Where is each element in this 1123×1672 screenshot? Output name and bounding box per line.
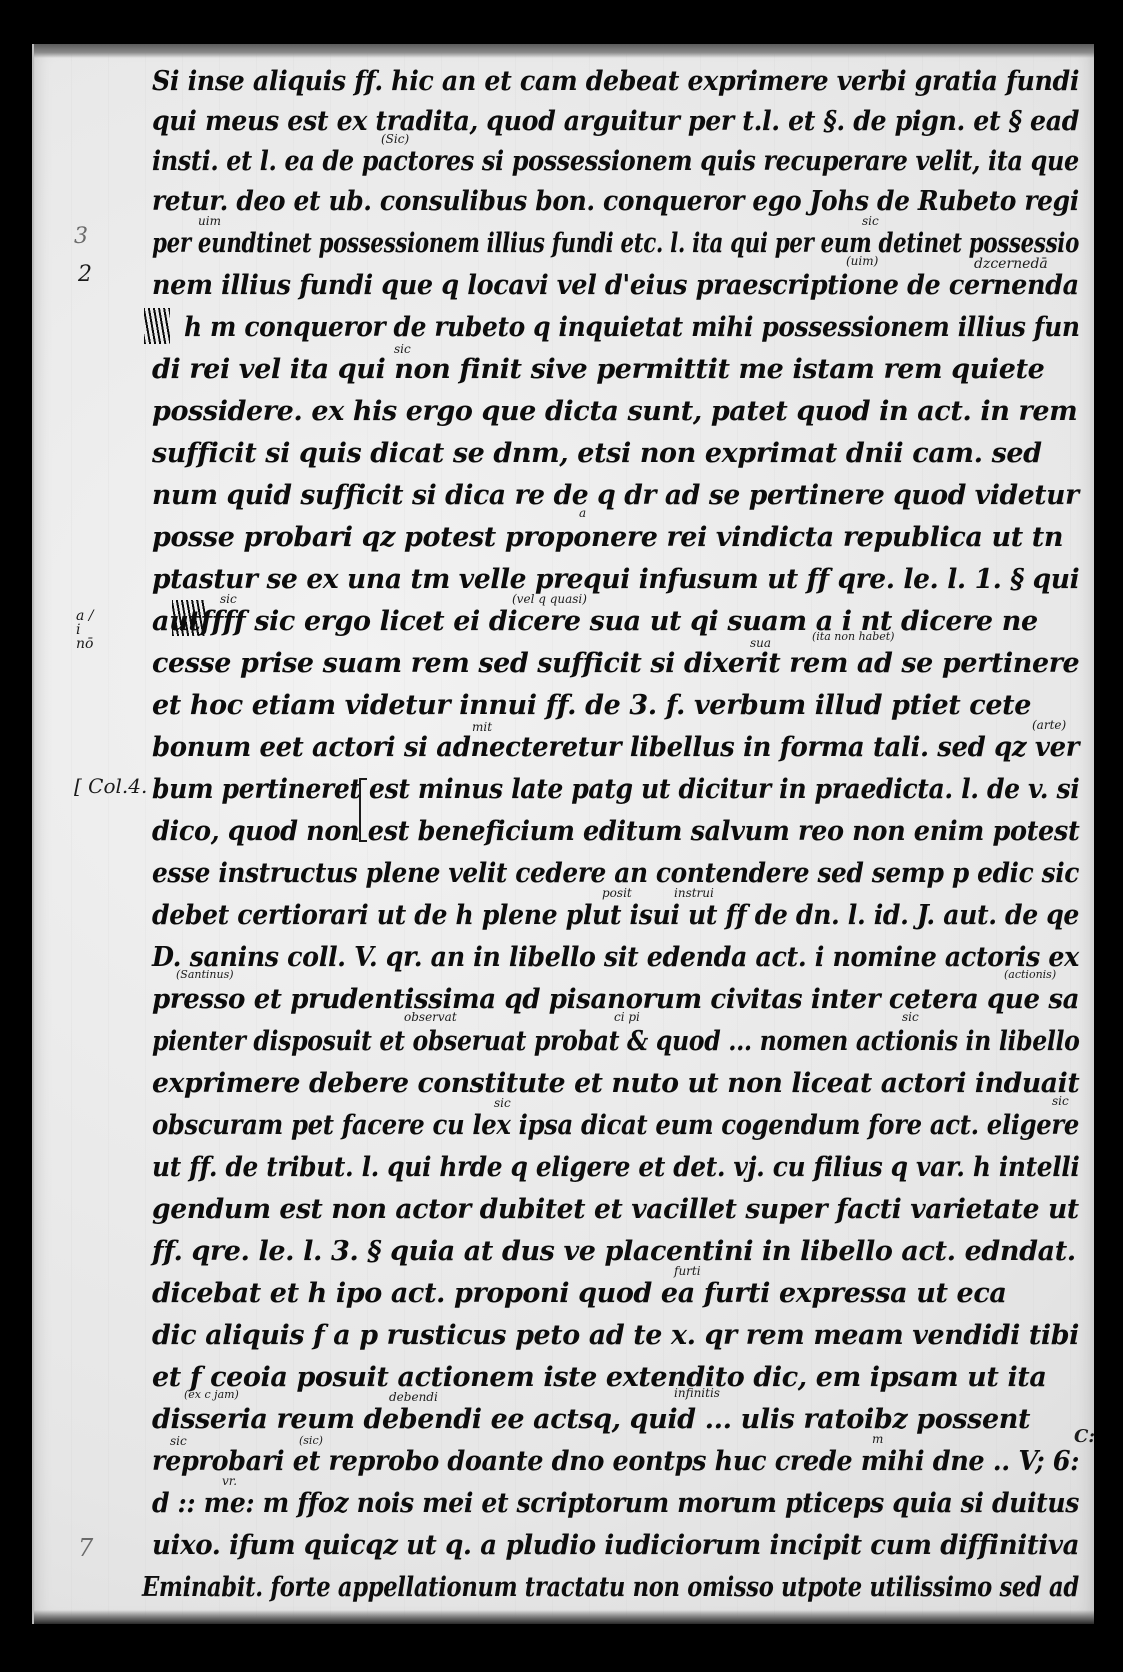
interlinear-note: (ita non habet) — [812, 630, 894, 643]
interlinear-note: a — [579, 506, 586, 520]
manuscript-line: dic aliquis f a p rusticus peto ad te x.… — [152, 1320, 1079, 1351]
margin-note: 7 — [78, 1534, 93, 1562]
manuscript-line: reprobari et reprobo doante dno eontps h… — [152, 1446, 1079, 1477]
manuscript-line: et f ceoia posuit actionem iste extendit… — [152, 1362, 1046, 1393]
manuscript-line: h m conqueror de rubeto q inquietat mihi… — [184, 312, 1080, 343]
interlinear-note: sua — [750, 636, 771, 650]
interlinear-note: (sic) — [299, 1434, 323, 1447]
manuscript-line: Si inse aliquis ff. hic an et cam debeat… — [152, 66, 1079, 97]
manuscript-line: et hoc etiam videtur innui ff. de 3. f. … — [152, 690, 1031, 721]
manuscript-line: retur. deo et ub. consulibus bon. conque… — [152, 186, 1079, 217]
manuscript-line: nem illius fundi que q locavi vel d'eius… — [152, 270, 1079, 301]
torn-bottom-edge — [34, 1610, 1094, 1624]
struck-out-scribble — [144, 308, 170, 344]
text-bracket — [359, 778, 367, 842]
interlinear-note: sic — [170, 1434, 187, 1448]
interlinear-note: mit — [472, 720, 492, 734]
interlinear-note: sic — [394, 342, 411, 356]
manuscript-line: exprimere debere constitute et nuto ut n… — [152, 1068, 1079, 1099]
manuscript-line: D. sanins coll. V. qr. an in libello sit… — [152, 942, 1079, 973]
manuscript-page: Si inse aliquis ff. hic an et cam debeat… — [32, 44, 1094, 1624]
interlinear-note: (actionis) — [1004, 968, 1056, 981]
manuscript-line: insti. et l. ea de pactores si possessio… — [152, 146, 1079, 177]
interlinear-note: (uim) — [846, 254, 878, 268]
manuscript-line: qui meus est ex tradita, quod arguitur p… — [152, 106, 1079, 137]
manuscript-line: posse probari qz potest proponere rei vi… — [152, 522, 1063, 553]
interlinear-note: ci pi — [614, 1010, 640, 1024]
interlinear-note: (Sic) — [381, 132, 409, 146]
manuscript-line: di rei vel ita qui non finit sive permit… — [152, 354, 1044, 385]
manuscript-line: dicebat et h ipo act. proponi quod ea fu… — [152, 1278, 1006, 1309]
interlinear-note: observat — [404, 1010, 457, 1024]
manuscript-line: num quid sufficit si dica re de q dr ad … — [152, 480, 1079, 511]
interlinear-note: debendi — [389, 1390, 438, 1404]
interlinear-note: (ex c jam) — [184, 1388, 239, 1401]
manuscript-line: Eminabit. forte appellationum tractatu n… — [142, 1572, 1079, 1603]
interlinear-note: sic — [1052, 1094, 1069, 1108]
manuscript-line: obscuram pet facere cu lex ipsa dicat eu… — [152, 1110, 1079, 1141]
struck-out-scribble — [172, 600, 206, 636]
margin-note: 3 — [74, 224, 88, 249]
manuscript-line: possidere. ex his ergo que dicta sunt, p… — [152, 396, 1077, 427]
interlinear-note: (arte) — [1032, 718, 1066, 732]
manuscript-line: autffff sic ergo licet ei dicere sua ut … — [152, 606, 1038, 637]
manuscript-line: gendum est non actor dubitet et vacillet… — [152, 1194, 1079, 1225]
manuscript-line: per eundtinet possessionem illius fundi … — [152, 228, 1079, 259]
manuscript-line: ff. qre. le. l. 3. § quia at dus ve plac… — [152, 1236, 1076, 1267]
interlinear-note: (Santinus) — [176, 968, 234, 981]
manuscript-line: debet certiorari ut de h plene plut isui… — [152, 900, 1079, 931]
interlinear-note: uim — [198, 214, 221, 228]
margin-note: a / i nō — [76, 609, 96, 651]
interlinear-note: m — [872, 1432, 883, 1446]
margin-note: 2 — [78, 262, 92, 287]
manuscript-line: sufficit si quis dicat se dnm, etsi non … — [152, 438, 1042, 469]
margin-note: [ Col.4. — [74, 774, 147, 798]
interlinear-note: sic — [494, 1096, 511, 1110]
interlinear-note: sic — [862, 214, 879, 228]
torn-top-edge — [34, 44, 1094, 58]
manuscript-line: disseria reum debendi ee actsq, quid ...… — [152, 1404, 1030, 1435]
interlinear-note: vr. — [222, 1474, 237, 1488]
manuscript-line: pienter disposuit et obseruat probat & q… — [152, 1026, 1080, 1057]
manuscript-line: dico, quod non est beneficium editum sal… — [152, 816, 1079, 847]
manuscript-line: bum pertineret est minus late patg ut di… — [152, 774, 1079, 805]
manuscript-line: esse instructus plene velit cedere an co… — [152, 858, 1079, 889]
interlinear-note: sic — [220, 592, 237, 606]
interlinear-note: infinitis — [674, 1386, 720, 1400]
manuscript-line: cesse prise suam rem sed sufficit si dix… — [152, 648, 1079, 679]
interlinear-note: instrui — [674, 886, 714, 900]
interlinear-note: furti — [674, 1264, 701, 1278]
interlinear-note: dzcernedā — [974, 256, 1048, 272]
interlinear-note: sic — [902, 1010, 919, 1024]
manuscript-line: uixo. ifum quicqz ut q. a pludio iudicio… — [152, 1530, 1079, 1561]
interlinear-note: posit — [602, 886, 632, 900]
manuscript-line: d :: me: m ffoz nois mei et scriptorum m… — [152, 1488, 1079, 1519]
manuscript-line: ptastur se ex una tm velle prequi infusu… — [152, 564, 1079, 595]
interlinear-note: C: — [1074, 1426, 1095, 1447]
interlinear-note: (vel q quasi) — [512, 592, 587, 606]
manuscript-line: ut ff. de tribut. l. qui hrde q eligere … — [152, 1152, 1079, 1183]
manuscript-line: bonum eet actori si adnecteretur libellu… — [152, 732, 1079, 763]
